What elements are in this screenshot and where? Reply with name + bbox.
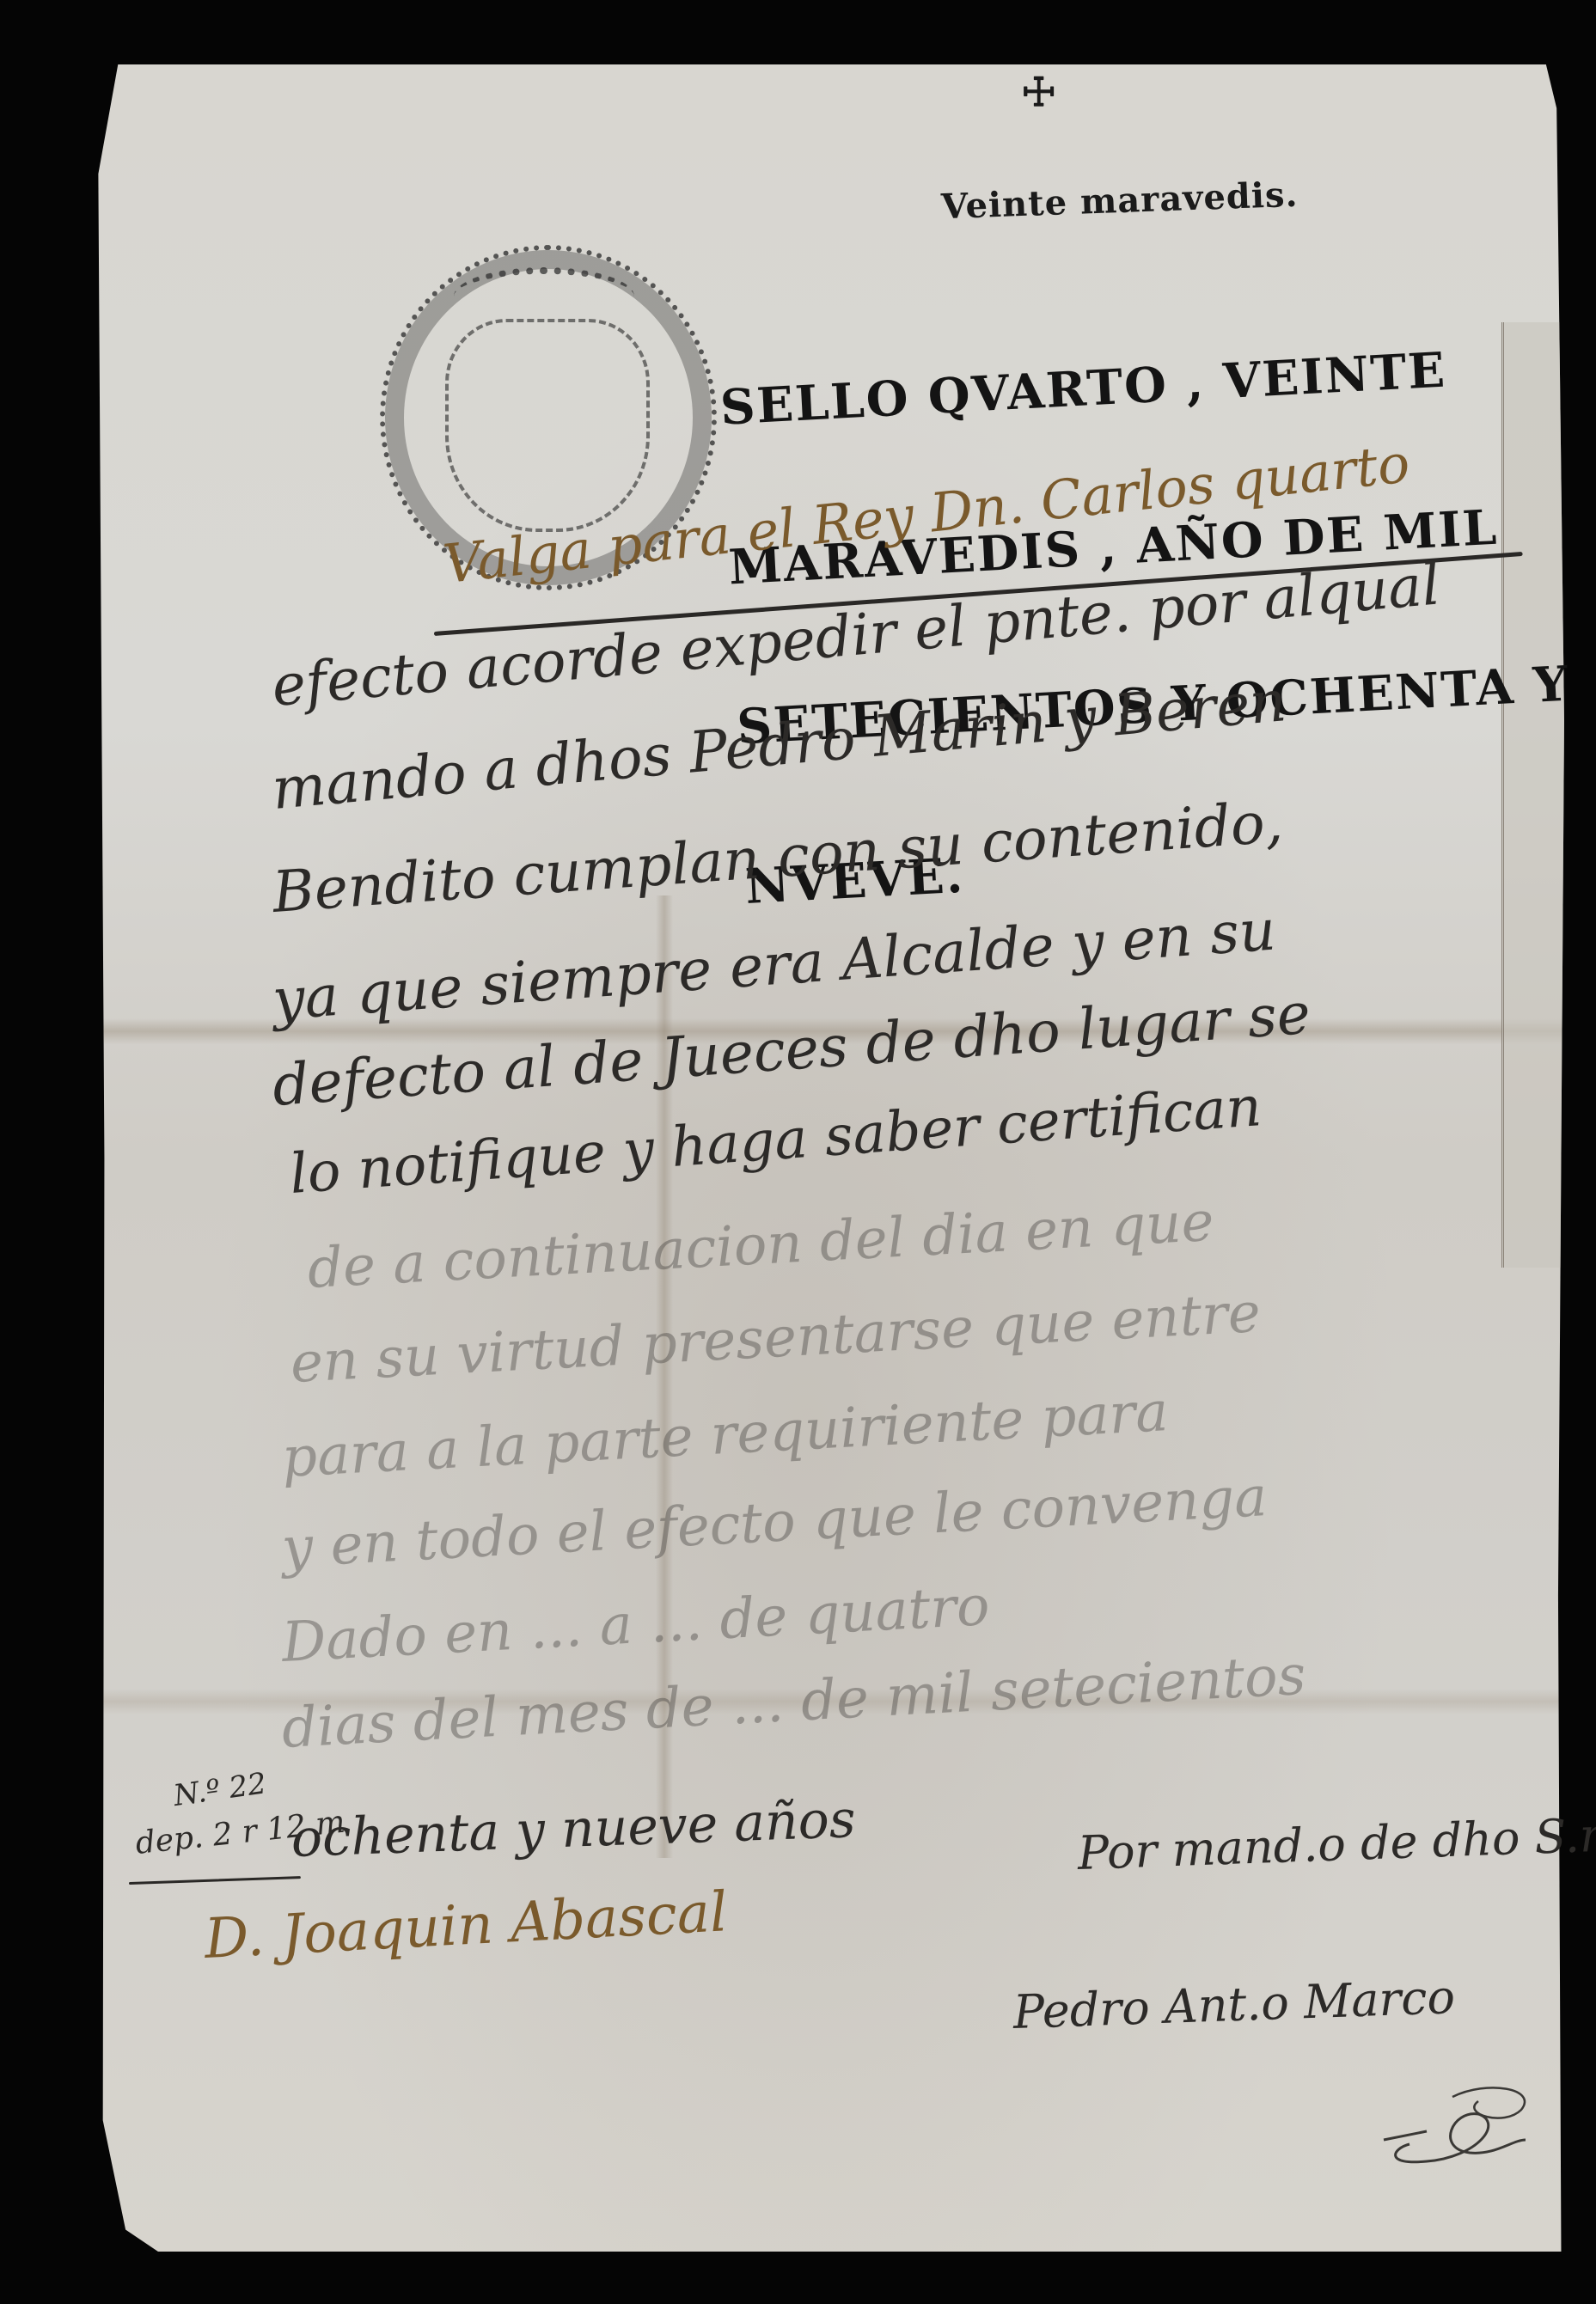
seal-crown <box>454 267 634 326</box>
stamp-line-1: SELLO QVARTO , VEINTE <box>719 338 1554 435</box>
rubric-flourish-icon <box>1375 2063 1547 2174</box>
seal-shield <box>445 319 650 532</box>
cross-icon: ☩ <box>1021 69 1056 115</box>
